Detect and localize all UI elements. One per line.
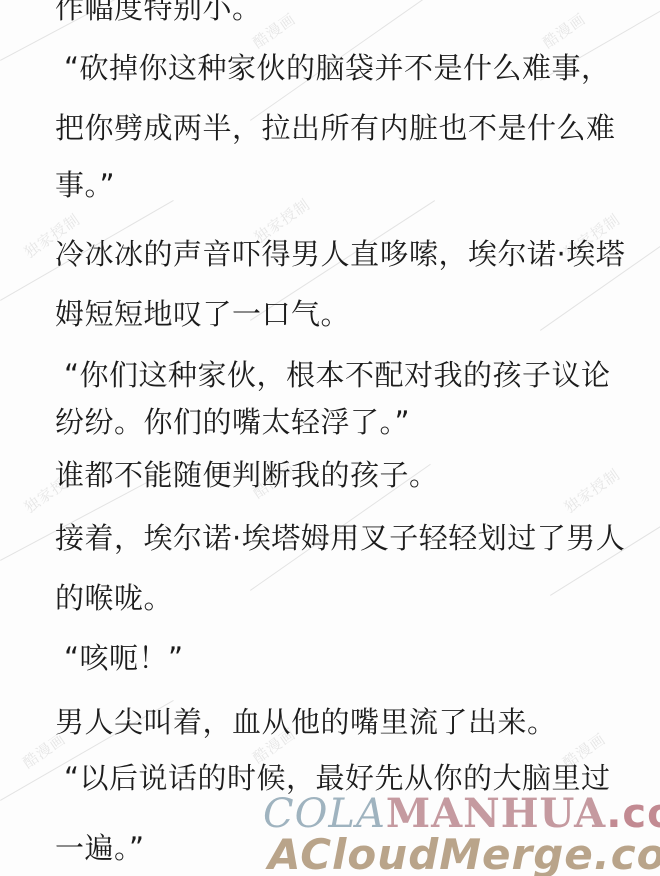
text-line: 男人尖叫着，血从他的嘴里流了出来。 [55,705,557,739]
text-line: 一遍。” [55,831,145,865]
novel-page: 酷漫画 酷漫画 独家授制 独家授制 独家授制 独家授制 酷漫画 独家授制 酷漫画… [0,0,660,876]
text-line: 纷纷。你们的嘴太轻浮了。” [55,405,410,439]
text-line: 姆短短地叹了一口气。 [55,297,350,331]
watermark-text: 独家授制 [560,464,624,518]
text-line: “你们这种家伙，根本不配对我的孩子议论 [64,358,611,392]
text-line: 冷冰冰的声音吓得男人直哆嗦，埃尔诺·埃塔 [55,237,625,271]
text-line: 接着，埃尔诺·埃塔姆用叉子轻轻划过了男人 [55,521,625,555]
text-line: 把你劈成两半，拉出所有内脏也不是什么难 [55,111,616,145]
text-line: 作幅度特别小。 [55,0,262,25]
text-line: 谁都不能随便判断我的孩子。 [55,458,439,492]
text-line: 事。” [55,168,115,202]
text-line: “砍掉你这种家伙的脑袋并不是什么难事， [64,51,611,85]
text-line: “咳呃！” [64,641,184,675]
text-line: 的喉咙。 [55,581,173,615]
watermark-text: 酷漫画 [538,8,589,53]
acloudmerge-watermark-logo: ACloudMerge.com [268,830,660,876]
